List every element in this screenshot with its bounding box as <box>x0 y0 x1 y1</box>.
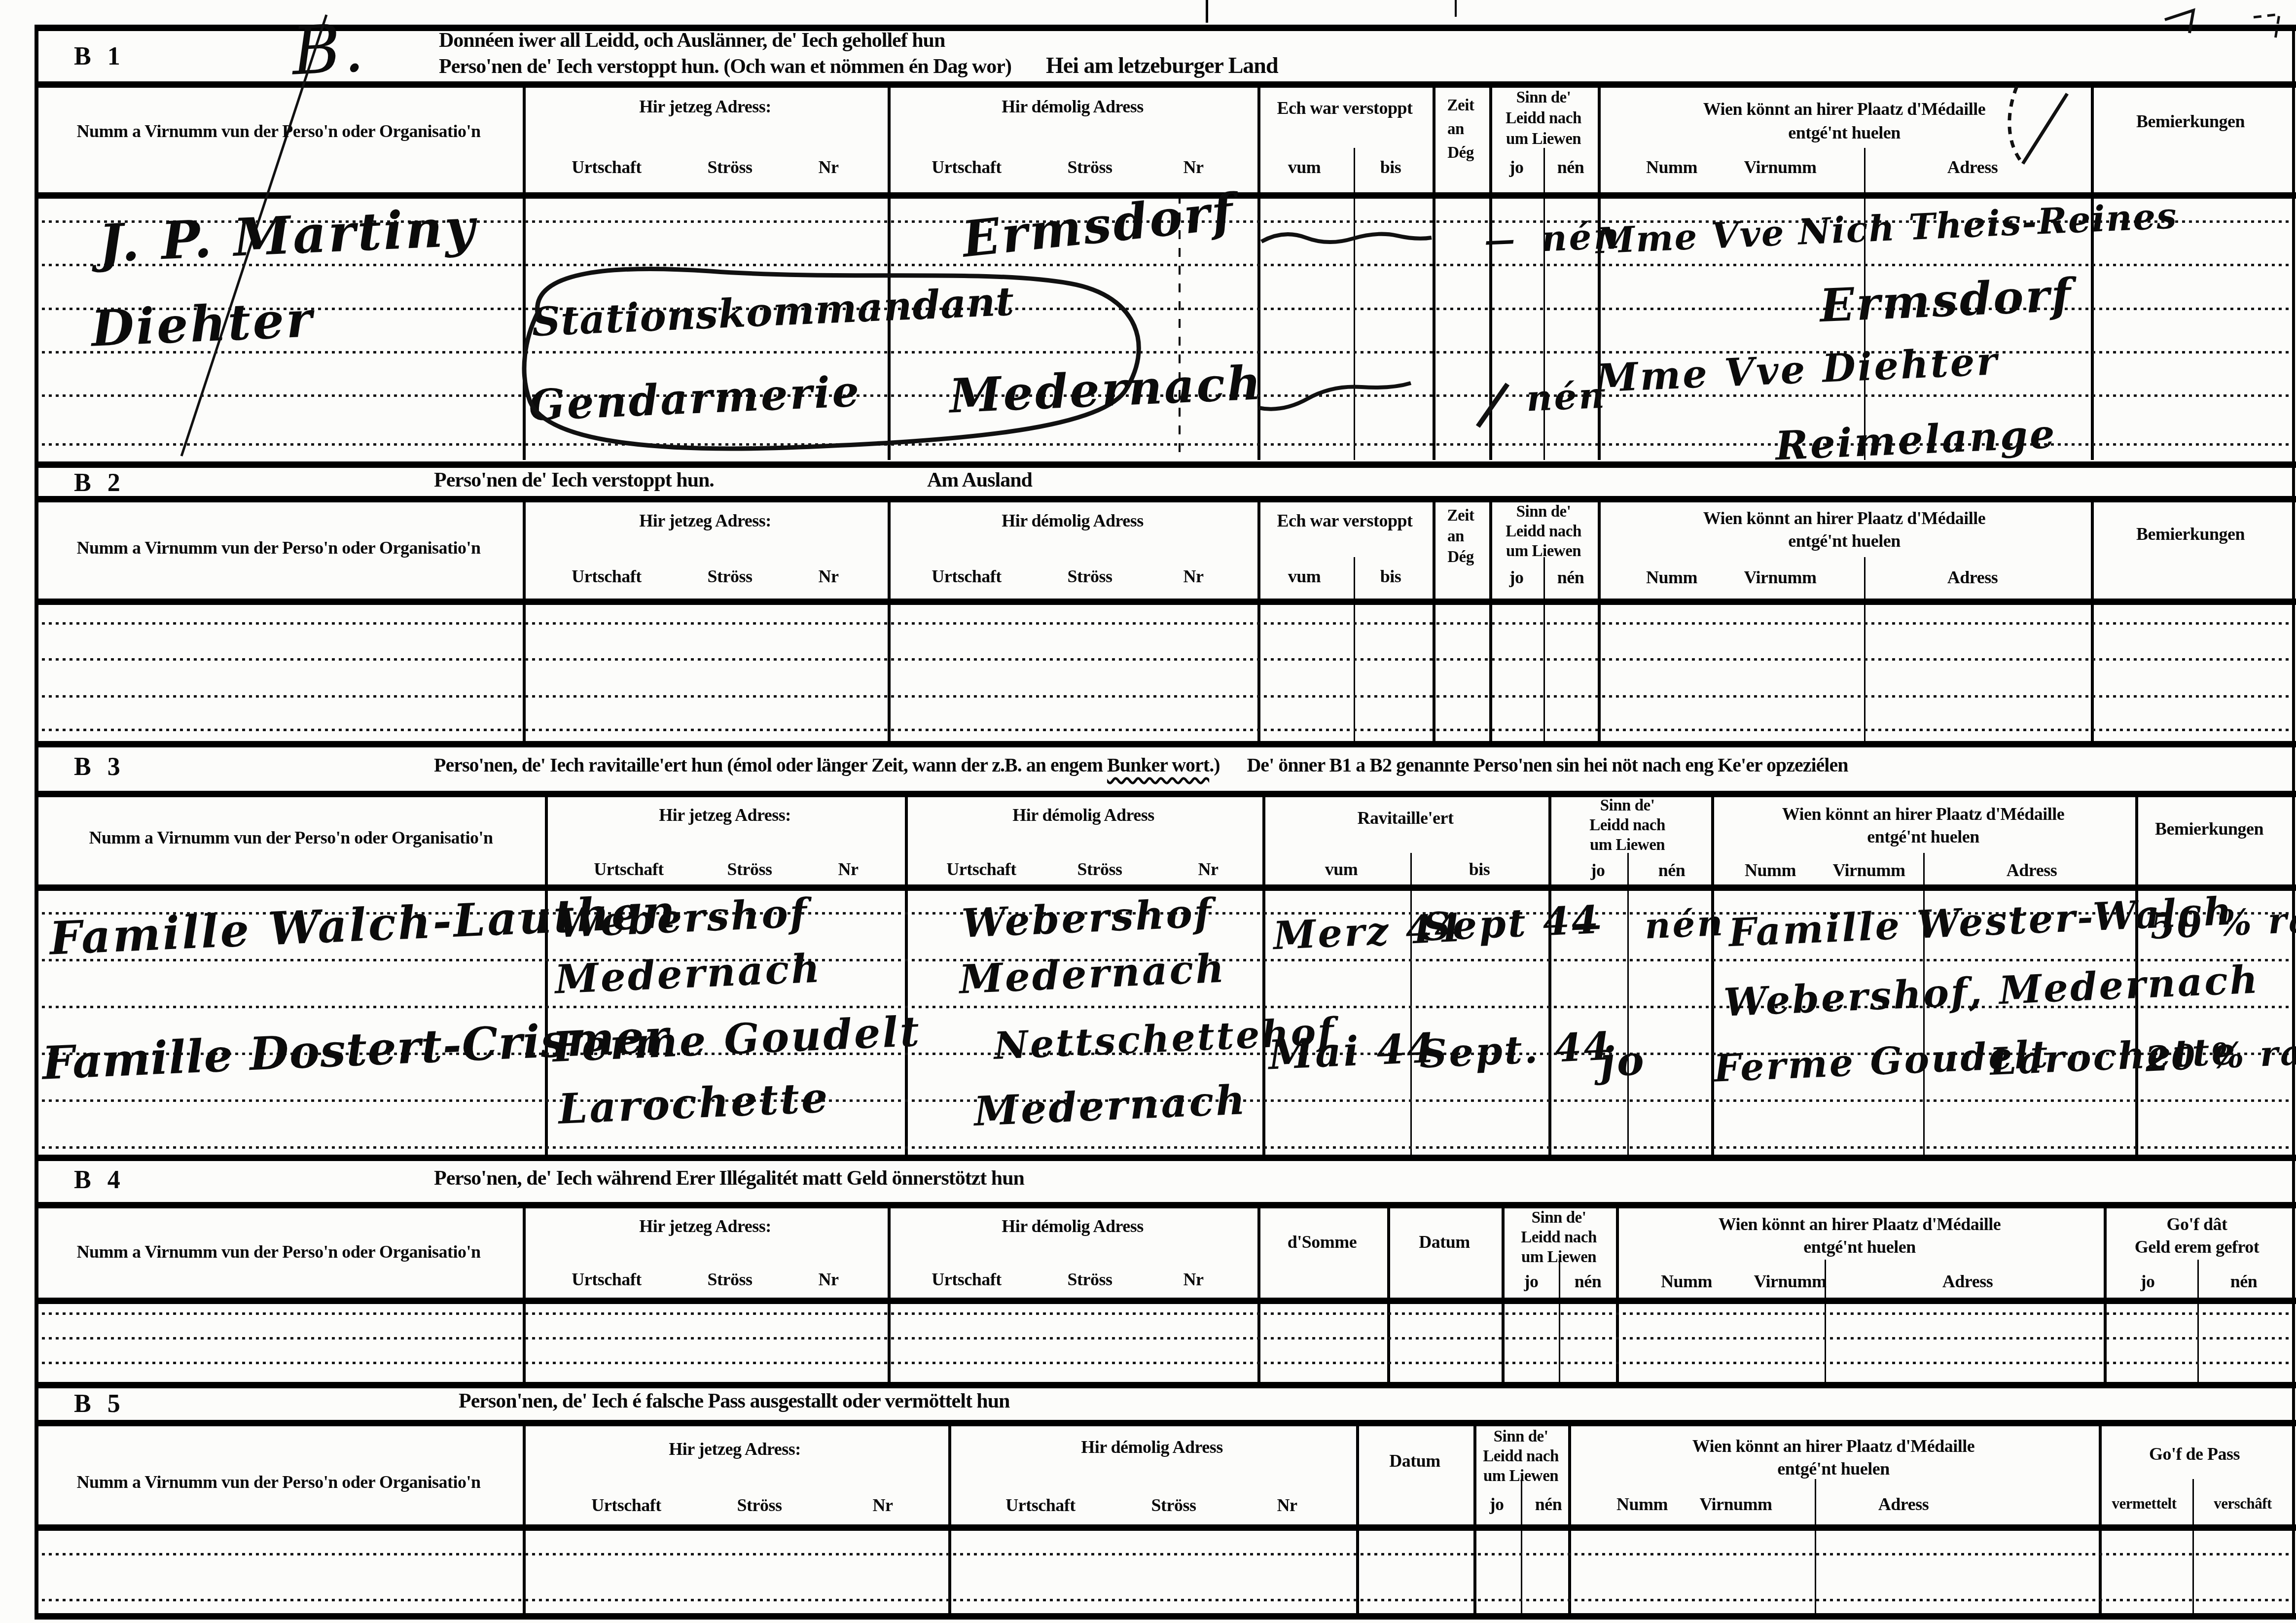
b2-vum: vum <box>1288 566 1321 587</box>
b1-title-line1: Donnéen iwer all Leidd, och Auslänner, d… <box>439 29 945 52</box>
b4-demolig-urtschaft: Urtschaft <box>932 1269 1001 1290</box>
b3-sinn-3: um Liewen <box>1590 836 1665 854</box>
registration-tick-2 <box>1455 0 1457 17</box>
section-b5-label: B 5 <box>74 1389 125 1418</box>
b1-entry-medaille-2b: Reimelange <box>1774 411 2057 469</box>
b2-bemierkungen: Bemierkungen <box>2136 524 2245 544</box>
b2-name-col-header: Numm a Virnumm vun der Perso'n oder Orga… <box>76 537 480 558</box>
b2-vline-virnumm-adress <box>1864 557 1865 741</box>
b3-sinn-nen: nén <box>1658 860 1686 881</box>
b1-entry-name-2: Diehter <box>90 290 315 358</box>
b3-title-underlined: Bunker wort <box>1107 754 1209 776</box>
b1-adress: Adress <box>1947 157 1998 177</box>
rule-b4-band-bottom <box>35 1202 2296 1208</box>
b1-jetzeg-header: Hir jetzeg Adress: <box>639 96 771 117</box>
b4-vline <box>888 1202 891 1382</box>
b3-vline-jo-nen <box>1627 853 1629 1155</box>
b2-sinn-3: um Liewen <box>1506 542 1581 561</box>
rule-b4-colhead-bottom <box>35 1298 2296 1304</box>
rule-b2-band-bottom <box>35 496 2296 502</box>
b1-virnumm: Virnumm <box>1744 157 1816 177</box>
b5-datum-header: Datum <box>1389 1450 1440 1471</box>
b5-numm: Numm <box>1616 1494 1668 1515</box>
b3-demolig-urtschaft: Urtschaft <box>946 859 1016 880</box>
b2-dotted-row <box>42 622 2291 625</box>
b4-dotted-row <box>42 1362 2291 1364</box>
b2-adress: Adress <box>1947 567 1998 588</box>
b2-vline <box>523 496 526 741</box>
b5-gof-de-pass: Go'f de Pass <box>2149 1444 2240 1464</box>
b2-sinn-jo: jo <box>1509 567 1524 588</box>
b3-entry-medaille-1b: Webershof, Medernach <box>1723 957 2261 1025</box>
b4-jetzeg-stross: Ströss <box>707 1269 752 1290</box>
pen-lasso-circle <box>503 254 1164 461</box>
b4-sinn-jo: jo <box>1524 1271 1539 1292</box>
b2-vline <box>1489 496 1492 741</box>
b3-sinn-1: Sinn de' <box>1600 797 1655 815</box>
b2-sinn-2: Leidd nach <box>1506 523 1581 541</box>
b5-verschaft: verschâft <box>2214 1495 2272 1513</box>
b1-sinn-jo: jo <box>1509 157 1524 177</box>
b4-vline <box>1502 1202 1505 1382</box>
b1-sinn-3: um Liewen <box>1506 130 1581 148</box>
b2-demolig-urtschaft: Urtschaft <box>932 566 1001 587</box>
b3-entry-jetzeg-2b: Larochette <box>557 1073 830 1133</box>
b5-vline <box>948 1420 951 1613</box>
rule-b2-colhead-bottom <box>35 599 2296 605</box>
b1-vline <box>2091 81 2094 460</box>
b3-adress: Adress <box>2007 860 2057 881</box>
b5-vline-pass-sub <box>2192 1479 2194 1613</box>
b1-medaille-2: entgé'nt huelen <box>1788 122 1901 143</box>
b4-vline <box>1616 1202 1619 1382</box>
b5-sinn-nen: nén <box>1535 1494 1562 1515</box>
table-left-edge <box>35 25 38 1620</box>
b2-vline <box>2091 496 2094 741</box>
b3-entry-jo-1: — <box>1570 907 1604 944</box>
b1-title-suffix: Hei am letzeburger Land <box>1046 53 1278 78</box>
b3-medaille-2: entgé'nt huelen <box>1867 826 1979 847</box>
b3-vline-vum-bis <box>1410 853 1412 1155</box>
b5-sinn-jo: jo <box>1490 1494 1504 1515</box>
b4-sinn-nen: nén <box>1575 1271 1602 1292</box>
b3-sinn-jo: jo <box>1591 860 1605 881</box>
b4-gof-jo: jo <box>2141 1271 2155 1292</box>
b5-vline-jo-nen <box>1521 1479 1522 1613</box>
b2-sinn-1: Sinn de' <box>1516 503 1571 521</box>
b3-dotted-row <box>42 1146 2291 1149</box>
b5-jetzeg-urtschaft: Urtschaft <box>591 1495 661 1516</box>
b2-vline <box>1257 496 1260 741</box>
b1-zeit-3: Dég <box>1447 144 1473 162</box>
b4-demolig-nr: Nr <box>1184 1269 1204 1290</box>
b2-zeit-3: Dég <box>1447 548 1473 566</box>
b2-dotted-row <box>42 695 2291 698</box>
b1-entry-medaille-1b: Ermsdorf <box>1819 268 2074 332</box>
b4-virnumm: Virnumm <box>1754 1271 1826 1292</box>
b5-jetzeg-header: Hir jetzeg Adress: <box>669 1439 801 1459</box>
registration-tick-1 <box>1206 0 1208 23</box>
b3-bemierkungen: Bemierkungen <box>2155 818 2263 839</box>
b3-entry-bis-2: Sept. 44 <box>1418 1024 1613 1077</box>
b5-vline <box>1568 1420 1571 1613</box>
b4-dsomme-header: d'Somme <box>1288 1232 1357 1252</box>
b2-demolig-nr: Nr <box>1184 566 1204 587</box>
b3-title: Perso'nen, de' Iech ravitaille'ert hun (… <box>434 753 1848 776</box>
b1-name-col-header: Numm a Virnumm vun der Perso'n oder Orga… <box>76 121 480 141</box>
b2-jetzeg-urtschaft: Urtschaft <box>572 566 641 587</box>
corner-pen-marks <box>2155 2 2296 49</box>
b1-title-line2: Perso'nen de' Iech verstoppt hun. (Och w… <box>439 52 1278 78</box>
b3-jetzeg-stross: Ströss <box>727 859 772 880</box>
b5-sinn-2: Leidd nach <box>1483 1447 1559 1466</box>
b5-adress: Adress <box>1878 1494 1929 1515</box>
rule-b5-top <box>35 1382 2296 1388</box>
b3-title-tail: De' önner B1 a B2 genannte Perso'nen sin… <box>1247 754 1848 776</box>
b4-vline <box>1387 1202 1390 1382</box>
b2-bis: bis <box>1380 566 1401 587</box>
rule-b1-band-bottom <box>35 81 2296 88</box>
b4-vline <box>1257 1202 1260 1382</box>
b2-vline <box>1433 496 1435 741</box>
b3-entry-demolig-1a: Webershof <box>961 889 1214 947</box>
b4-dotted-row <box>42 1312 2291 1315</box>
b1-entry-jo-1: — <box>1483 221 1517 259</box>
b2-vline <box>888 496 891 741</box>
b3-virnumm: Virnumm <box>1832 860 1905 881</box>
b5-demolig-header: Hir démolig Adress <box>1081 1437 1223 1457</box>
b3-jetzeg-nr: Nr <box>838 859 859 880</box>
b2-vline-jo-nen <box>1543 557 1545 741</box>
b5-vline <box>1356 1420 1359 1613</box>
b4-vline <box>523 1202 526 1382</box>
pen-check-medaille-header <box>2002 79 2076 173</box>
b4-gof-nen: nén <box>2230 1271 2258 1292</box>
b5-vline <box>2099 1420 2102 1613</box>
pen-squiggle-row1 <box>1257 222 1435 256</box>
b1-verstoppt-header: Ech war verstoppt <box>1277 98 1413 118</box>
b3-vum: vum <box>1325 859 1358 880</box>
b4-sinn-2: Leidd nach <box>1521 1229 1597 1247</box>
rule-b5-colhead-bottom <box>35 1524 2296 1531</box>
b1-vline <box>1433 81 1435 460</box>
b5-name-col-header: Numm a Virnumm vun der Perso'n oder Orga… <box>76 1472 480 1492</box>
b2-subtitle: Am Ausland <box>927 468 1032 492</box>
b1-demolig-stross: Ströss <box>1067 157 1112 177</box>
b5-sinn-1: Sinn de' <box>1494 1428 1548 1446</box>
rule-b3-colhead-bottom <box>35 884 2296 891</box>
b1-vum: vum <box>1288 157 1321 177</box>
b3-numm: Numm <box>1745 860 1796 881</box>
section-b3-label: B 3 <box>74 752 125 781</box>
rule-page-bottom <box>35 1613 2296 1620</box>
section-b1-label: B 1 <box>74 42 125 71</box>
b5-vline <box>1473 1420 1476 1613</box>
b3-demolig-stross: Ströss <box>1077 859 1122 880</box>
b3-demolig-nr: Nr <box>1198 859 1219 880</box>
b1-demolig-header: Hir démolig Adress <box>1002 96 1144 117</box>
b4-gof-dat: Go'f dât <box>2166 1214 2227 1235</box>
b1-sinn-2: Leidd nach <box>1506 109 1581 128</box>
b5-medaille-2: entgé'nt huelen <box>1777 1458 1890 1479</box>
b5-demolig-urtschaft: Urtschaft <box>1005 1495 1075 1516</box>
b4-numm: Numm <box>1661 1271 1712 1292</box>
b5-demolig-stross: Ströss <box>1151 1495 1196 1516</box>
b5-sinn-3: um Liewen <box>1483 1467 1558 1485</box>
b5-title: Person'nen, de' Iech é falsche Pass ausg… <box>459 1389 1009 1413</box>
b2-demolig-stross: Ströss <box>1067 566 1112 587</box>
b3-name-col-header: Numm a Virnumm vun der Perso'n oder Orga… <box>89 827 493 848</box>
b1-jetzeg-stross: Ströss <box>707 157 752 177</box>
b1-entry-medaille-2a: Mme Vve Diehter <box>1594 339 2000 401</box>
b3-demolig-header: Hir démolig Adress <box>1012 805 1154 825</box>
b1-sinn-nen: nén <box>1557 157 1584 177</box>
b3-jetzeg-urtschaft: Urtschaft <box>594 859 663 880</box>
b4-adress: Adress <box>1942 1271 1993 1292</box>
b1-bemierkungen: Bemierkungen <box>2136 111 2245 132</box>
b2-dotted-row <box>42 729 2291 731</box>
b2-virnumm: Virnumm <box>1744 567 1816 588</box>
b1-zeit-2: an <box>1447 120 1464 139</box>
b3-bis: bis <box>1469 859 1490 880</box>
rule-b3-band-bottom <box>35 791 2296 797</box>
b3-title-pre: Perso'nen, de' Iech ravitaille'ert hun (… <box>434 754 1107 776</box>
b3-entry-jetzeg-1b: Medernach <box>554 945 823 1003</box>
b4-datum-header: Datum <box>1419 1232 1470 1252</box>
b3-entry-demolig-1b: Medernach <box>958 945 1227 1003</box>
b2-vline-vum-bis <box>1354 557 1355 741</box>
b4-jetzeg-header: Hir jetzeg Adress: <box>639 1216 771 1236</box>
rule-b3-top <box>35 741 2296 747</box>
b1-zeit-1: Zeit <box>1447 97 1474 115</box>
b3-ravitailleert-header: Ravitaille'ert <box>1358 808 1454 828</box>
b2-numm: Numm <box>1646 567 1697 588</box>
b5-demolig-nr: Nr <box>1277 1495 1297 1516</box>
b5-dotted-row <box>42 1599 2291 1601</box>
b5-medaille-1: Wien könnt an hirer Plaatz d'Médaille <box>1692 1436 1975 1456</box>
b3-entry-jo-2: jo <box>1599 1037 1647 1086</box>
table-right-edge <box>2292 25 2295 1620</box>
b1-demolig-nr: Nr <box>1184 157 1204 177</box>
b1-sinn-1: Sinn de' <box>1516 89 1571 107</box>
b1-demolig-urtschaft: Urtschaft <box>932 157 1001 177</box>
section-b4-label: B 4 <box>74 1165 125 1195</box>
b5-vline <box>523 1420 526 1613</box>
b4-demolig-header: Hir démolig Adress <box>1002 1216 1144 1236</box>
b4-geld-erem-gefrot: Geld erem gefrot <box>2135 1236 2260 1257</box>
b3-entry-vum-2: Mai 44 <box>1267 1024 1438 1079</box>
b5-dotted-row <box>42 1553 2291 1555</box>
b4-sinn-3: um Liewen <box>1521 1248 1596 1267</box>
b2-jetzeg-header: Hir jetzeg Adress: <box>639 510 771 531</box>
b2-jetzeg-nr: Nr <box>819 566 839 587</box>
b1-medaille-1: Wien könnt an hirer Plaatz d'Médaille <box>1703 99 1986 119</box>
pen-squiggle-row2 <box>1255 372 1418 419</box>
b2-zeit-2: an <box>1447 528 1464 546</box>
b5-vline-virnumm-adress <box>1815 1479 1816 1613</box>
b2-dotted-row <box>42 658 2291 661</box>
b1-entry-nen-2: nén <box>1525 374 1607 419</box>
b2-jetzeg-stross: Ströss <box>707 566 752 587</box>
b5-jetzeg-stross: Ströss <box>737 1495 782 1516</box>
b2-zeit-1: Zeit <box>1447 507 1474 525</box>
b4-name-col-header: Numm a Virnumm vun der Perso'n oder Orga… <box>76 1241 480 1262</box>
b1-jetzeg-nr: Nr <box>819 157 839 177</box>
b4-demolig-stross: Ströss <box>1067 1269 1112 1290</box>
b3-title-post: .) <box>1209 754 1220 776</box>
rule-b5-band-bottom <box>35 1420 2296 1426</box>
rule-b1-top <box>35 25 2296 31</box>
b1-jetzeg-urtschaft: Urtschaft <box>572 157 641 177</box>
b1-entry-name-1: J. P. Martiny <box>98 196 478 274</box>
b4-dotted-row <box>42 1337 2291 1340</box>
b1-title-line2-text: Perso'nen de' Iech verstoppt hun. (Och w… <box>439 55 1011 78</box>
b2-medaille-1: Wien könnt an hirer Plaatz d'Médaille <box>1703 508 1986 529</box>
b4-jetzeg-urtschaft: Urtschaft <box>572 1269 641 1290</box>
b2-verstoppt-header: Ech war verstoppt <box>1277 510 1413 531</box>
b5-jetzeg-nr: Nr <box>873 1495 893 1516</box>
b1-numm: Numm <box>1646 157 1697 177</box>
b2-demolig-header: Hir démolig Adress <box>1002 510 1144 531</box>
scanned-form-page: B 1 B. Donnéen iwer all Leidd, och Auslä… <box>0 0 2296 1623</box>
rule-b2-top <box>35 461 2296 468</box>
rule-b4-top <box>35 1155 2296 1161</box>
b5-vermettelt: vermettelt <box>2112 1495 2177 1513</box>
b3-medaille-1: Wien könnt an hirer Plaatz d'Médaille <box>1782 804 2065 824</box>
b1-dotted-row <box>42 264 2291 266</box>
b2-medaille-2: entgé'nt huelen <box>1788 530 1901 551</box>
b4-sinn-1: Sinn de' <box>1532 1209 1586 1227</box>
b1-bis: bis <box>1380 157 1401 177</box>
b3-entry-demolig-2b: Medernach <box>973 1076 1248 1135</box>
b2-title: Perso'nen de' Iech verstoppt hun. <box>434 468 714 492</box>
b2-vline <box>1598 496 1601 741</box>
b4-title: Perso'nen, de' Iech während Erer Illégal… <box>434 1166 1024 1190</box>
b3-entry-nen-1: nén <box>1644 901 1725 947</box>
b2-sinn-nen: nén <box>1557 567 1584 588</box>
b3-jetzeg-header: Hir jetzeg Adress: <box>659 805 791 825</box>
pen-check-row2 <box>1472 377 1516 434</box>
b3-sinn-2: Leidd nach <box>1589 816 1665 835</box>
b4-medaille-1: Wien könnt an hirer Plaatz d'Médaille <box>1719 1214 2001 1235</box>
b4-vline <box>2104 1202 2107 1382</box>
section-b2-label: B 2 <box>74 468 125 497</box>
b5-virnumm: Virnumm <box>1699 1494 1772 1515</box>
b4-medaille-2: entgé'nt huelen <box>1803 1236 1916 1257</box>
b4-jetzeg-nr: Nr <box>819 1269 839 1290</box>
